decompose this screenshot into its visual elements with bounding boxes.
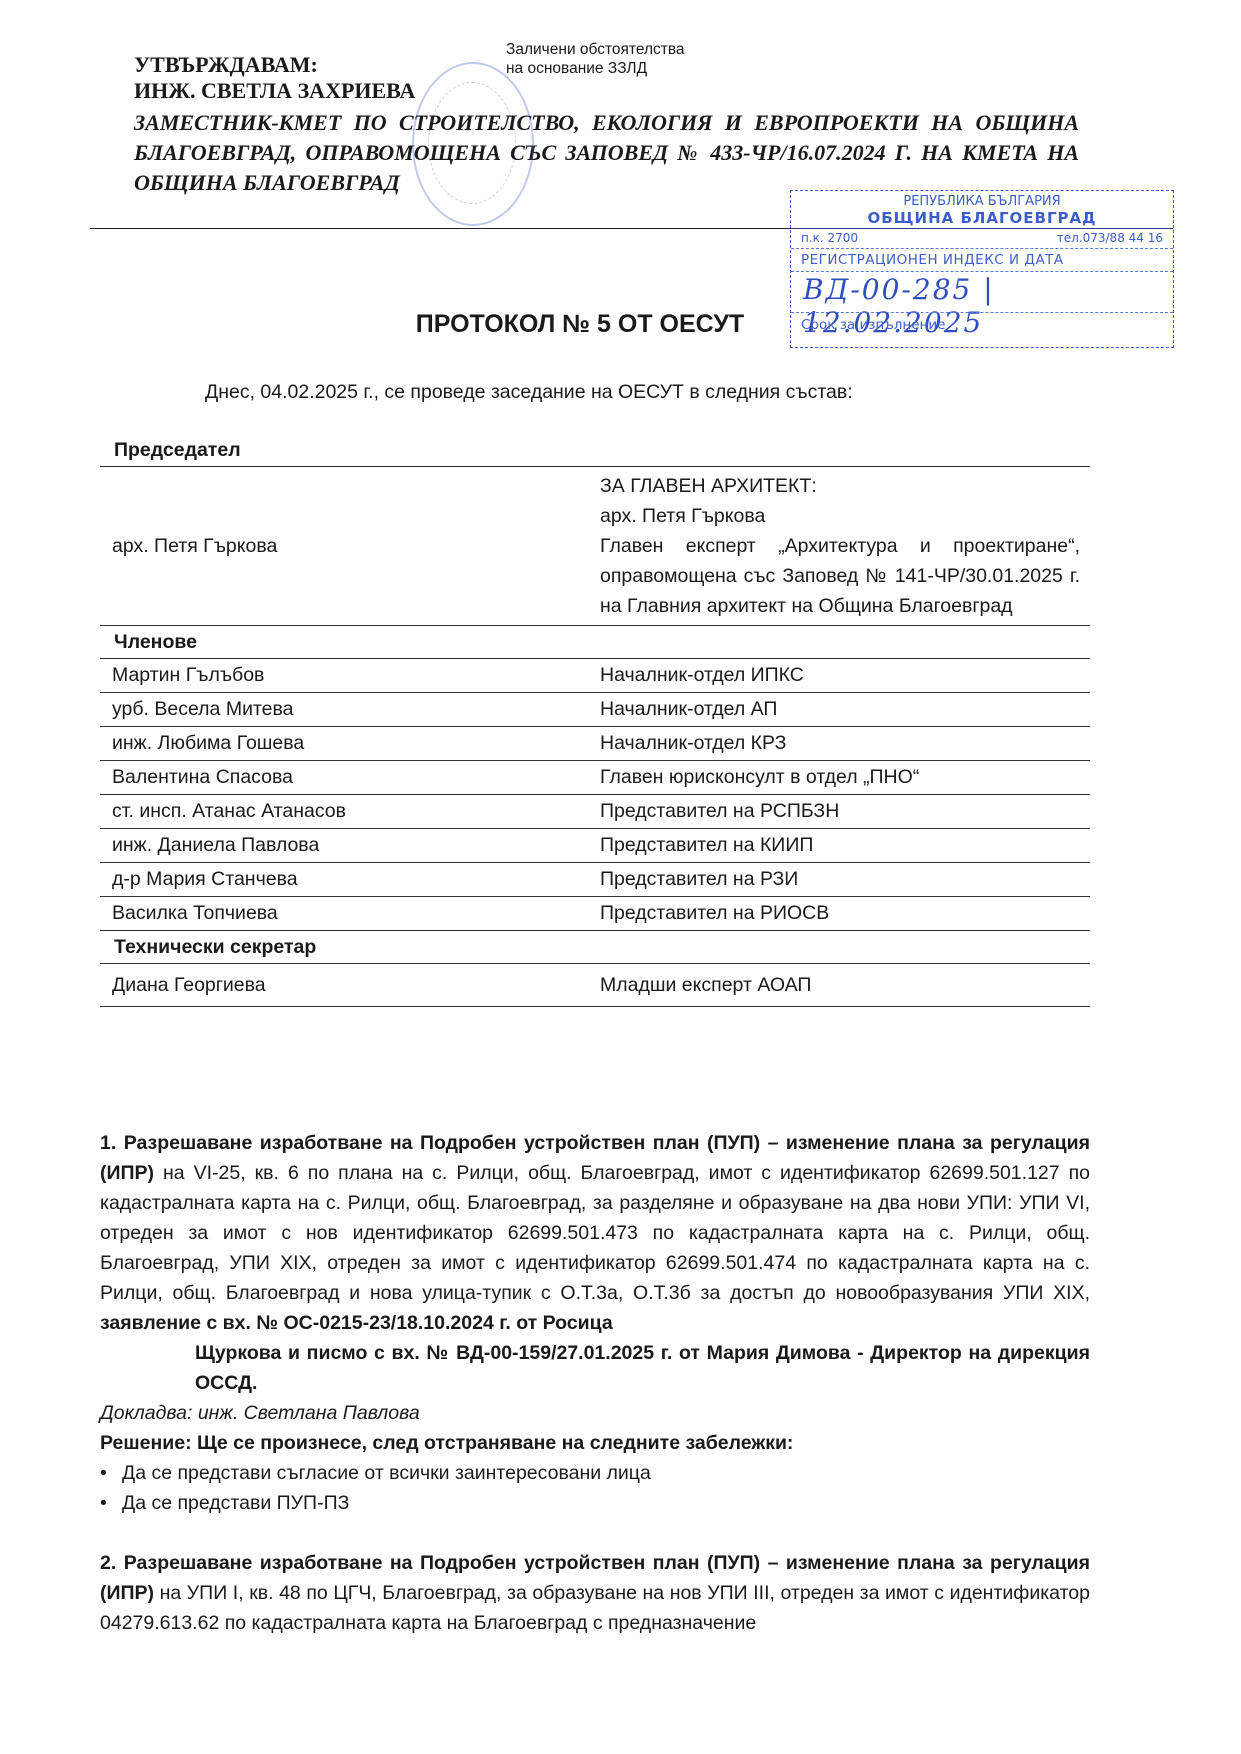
stamp-divider [791, 228, 1173, 229]
member-name: Василка Топчиева [100, 897, 600, 930]
member-row: урб. Весела Митева Началник-отдел АП [100, 693, 1090, 727]
item-description: на VI-25, кв. 6 по плана на с. Рилци, об… [100, 1162, 1090, 1304]
spacer [100, 1518, 1090, 1548]
agenda-items: 1. Разрешаване изработване на Подробен у… [100, 1128, 1090, 1638]
stamp-municipality: ОБЩИНА БЛАГОЕВГРАД [791, 209, 1173, 227]
redaction-note: Заличени обстоятелства на основание ЗЗЛД [506, 40, 685, 78]
item-decision: Решение: Ще се произнесе, след отстраняв… [100, 1428, 1090, 1458]
member-row: д-р Мария Станчева Представител на РЗИ [100, 863, 1090, 897]
member-name: ст. инсп. Атанас Атанасов [100, 795, 600, 828]
member-role: Началник-отдел КРЗ [600, 727, 1090, 760]
composition-table: Председател арх. Петя Гъркова ЗА ГЛАВЕН … [100, 434, 1090, 1007]
agenda-item-text: 1. Разрешаване изработване на Подробен у… [100, 1128, 1090, 1338]
agenda-item-text: 2. Разрешаване изработване на Подробен у… [100, 1548, 1090, 1638]
secretary-role: Младши експерт АОАП [600, 964, 1090, 1006]
item-application-ref: заявление с вх. № ОС-0215-23/18.10.2024 … [100, 1312, 613, 1334]
chair-row: арх. Петя Гъркова ЗА ГЛАВЕН АРХИТЕКТ: ар… [100, 467, 1090, 626]
member-name: инж. Любима Гошева [100, 727, 600, 760]
member-role: Началник-отдел ИПКС [600, 659, 1090, 692]
remark-item: Да се представи ПУП-ПЗ [100, 1488, 1090, 1518]
member-role: Представител на РЗИ [600, 863, 1090, 896]
secretary-heading: Технически секретар [100, 931, 1090, 964]
agenda-item-2: 2. Разрешаване изработване на Подробен у… [100, 1548, 1090, 1638]
redaction-note-line2: на основание ЗЗЛД [506, 59, 685, 78]
remark-item: Да се представи съгласие от всички заинт… [100, 1458, 1090, 1488]
approver-role: ЗАМЕСТНИК-КМЕТ ПО СТРОИТЕЛСТВО, ЕКОЛОГИЯ… [134, 108, 1079, 198]
member-role: Представител на РСПБЗН [600, 795, 1090, 828]
member-row: Мартин Гълъбов Началник-отдел ИПКС [100, 659, 1090, 693]
member-row: Василка Топчиева Представител на РИОСВ [100, 897, 1090, 931]
stamp-divider [791, 271, 1173, 272]
round-seal-inner-ring [428, 82, 516, 204]
item-description: на УПИ I, кв. 48 по ЦГЧ, Благоевград, за… [100, 1582, 1090, 1634]
chair-role-line: ЗА ГЛАВЕН АРХИТЕКТ: [600, 471, 1080, 501]
member-name: инж. Даниела Павлова [100, 829, 600, 862]
stamp-index-label: РЕГИСТРАЦИОНЕН ИНДЕКС И ДАТА [801, 252, 1173, 268]
secretary-row: Диана Георгиева Младши експерт АОАП [100, 964, 1090, 1007]
member-name: д-р Мария Станчева [100, 863, 600, 896]
secretary-name: Диана Георгиева [100, 964, 600, 1006]
item-reporter: Докладва: инж. Светлана Павлова [100, 1398, 1090, 1428]
member-row: Валентина Спасова Главен юрисконсулт в о… [100, 761, 1090, 795]
stamp-phone: тел.073/88 44 16 [1057, 231, 1163, 245]
intro-text: Днес, 04.02.2025 г., се проведе заседани… [205, 381, 853, 404]
item-remarks-list: Да се представи съгласие от всички заинт… [100, 1458, 1090, 1518]
member-role: Главен юрисконсулт в отдел „ПНО“ [600, 761, 1090, 794]
stamp-country: РЕПУБЛИКА БЪЛГАРИЯ [791, 194, 1173, 209]
member-row: ст. инсп. Атанас Атанасов Представител н… [100, 795, 1090, 829]
stamp-divider [791, 248, 1173, 249]
member-row: инж. Даниела Павлова Представител на КИИ… [100, 829, 1090, 863]
approver-name: ИНЖ. СВЕТЛА ЗАХРИЕВА [134, 78, 1094, 104]
chair-role-line: Главен експерт „Архитектура и проектиран… [600, 531, 1080, 621]
member-name: Валентина Спасова [100, 761, 600, 794]
chair-name: арх. Петя Гъркова [100, 467, 600, 625]
chair-role-line: арх. Петя Гъркова [600, 501, 1080, 531]
page-title: ПРОТОКОЛ № 5 ОТ ОЕСУТ [80, 310, 1080, 339]
member-name: Мартин Гълъбов [100, 659, 600, 692]
item-letter-ref: Щуркова и писмо с вх. № ВД-00-159/27.01.… [100, 1338, 1090, 1398]
member-role: Представител на РИОСВ [600, 897, 1090, 930]
member-row: инж. Любима Гошева Началник-отдел КРЗ [100, 727, 1090, 761]
redaction-note-line1: Заличени обстоятелства [506, 40, 685, 59]
member-role: Представител на КИИП [600, 829, 1090, 862]
chair-role: ЗА ГЛАВЕН АРХИТЕКТ: арх. Петя Гъркова Гл… [600, 467, 1090, 625]
member-role: Началник-отдел АП [600, 693, 1090, 726]
stamp-postcode: п.к. 2700 [801, 231, 858, 245]
member-name: урб. Весела Митева [100, 693, 600, 726]
chair-heading: Председател [100, 434, 1090, 467]
members-heading: Членове [100, 626, 1090, 659]
agenda-item-1: 1. Разрешаване изработване на Подробен у… [100, 1128, 1090, 1518]
